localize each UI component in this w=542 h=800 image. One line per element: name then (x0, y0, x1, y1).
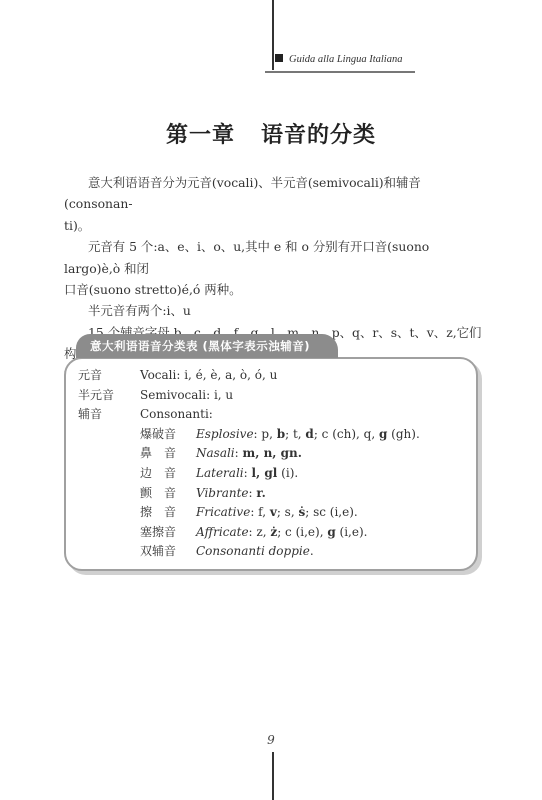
table-row-nasali: 鼻 音Nasali: m, n, gn. (78, 444, 420, 464)
table-row-vowels: 元音Vocali: i, é, è, a, ò, ó, u (78, 366, 420, 386)
table-row-semivowels: 半元音Semivocali: i, u (78, 386, 420, 406)
phonetic-table-rows: 元音Vocali: i, é, è, a, ò, ó, u 半元音Semivoc… (78, 366, 420, 562)
bottom-vertical-rule (272, 752, 274, 800)
table-row-consonants: 辅音Consonanti: (78, 405, 420, 425)
paragraph: 元音有 5 个:a、e、i、o、u,其中 e 和 o 分别有开口音(suono … (64, 236, 484, 279)
header-rule (265, 71, 415, 73)
running-head: Guida alla Lingua Italiana (275, 54, 402, 65)
table-row-affricate: 塞擦音Affricate: z, ż; c (i,e), g (i,e). (78, 523, 420, 543)
top-vertical-rule (272, 0, 274, 70)
chapter-number: 第一章 (166, 123, 235, 148)
table-row-laterali: 边 音Laterali: l, gl (i). (78, 464, 420, 484)
phonetic-table-title: 意大利语语音分类表 (黑体字表示浊辅音) (76, 334, 338, 358)
page-number: 9 (0, 733, 542, 747)
table-row-doppie: 双辅音Consonanti doppie. (78, 542, 420, 562)
table-row-vibrante: 颤 音Vibrante: r. (78, 484, 420, 504)
paragraph-cont: 口音(suono stretto)é,ó 两种。 (64, 279, 484, 300)
table-row-esplosive: 爆破音Esplosive: p, b; t, d; c (ch), q, g (… (78, 425, 420, 445)
table-row-fricative: 擦 音Fricative: f, v; s, ṡ; sc (i,e). (78, 503, 420, 523)
paragraph-cont: ti)。 (64, 215, 484, 236)
paragraph: 半元音有两个:i、u (64, 300, 484, 321)
chapter-title: 第一章语音的分类 (0, 118, 542, 149)
square-bullet-icon (275, 54, 283, 62)
chapter-name: 语音的分类 (261, 123, 376, 148)
running-head-text: Guida alla Lingua Italiana (289, 54, 402, 65)
paragraph: 意大利语语音分为元音(vocali)、半元音(semivocali)和辅音(co… (64, 172, 484, 215)
